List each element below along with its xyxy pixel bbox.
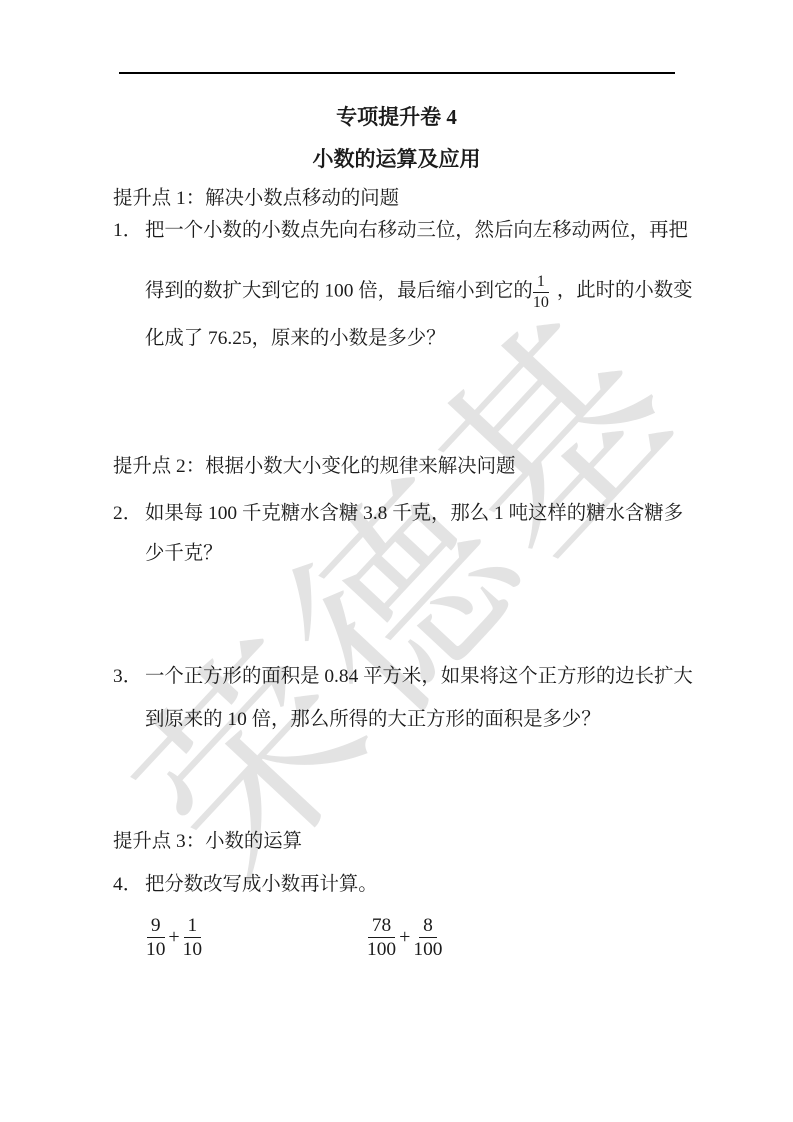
expression-1: 910 + 110: [146, 915, 202, 960]
fraction-8-100: 8100: [413, 915, 442, 960]
problem-4-text-1: 把分数改写成小数再计算。: [145, 874, 378, 895]
section-heading-1: 提升点 1：解决小数点移动的问题: [113, 188, 399, 210]
fraction-one-tenth: 110: [533, 273, 549, 311]
problem-3-text-1: 一个正方形的面积是 0.84 平方米，如果将这个正方形的边长扩大: [145, 666, 693, 687]
page-subtitle: 小数的运算及应用: [0, 147, 793, 171]
problem-3-number: 3．: [113, 666, 145, 688]
problem-1-text-2b: ，此时的小数变: [557, 280, 693, 301]
fraction-denominator: 100: [413, 938, 442, 959]
section-heading-2: 提升点 2：根据小数大小变化的规律来解决问题: [113, 456, 515, 478]
problem-3-line-2: 到原来的 10 倍，那么所得的大正方形的面积是多少？: [145, 709, 601, 731]
fraction-numerator: 8: [419, 915, 437, 938]
problem-1-number: 1．: [113, 220, 145, 242]
problem-4-line-1: 4．把分数改写成小数再计算。: [113, 874, 378, 896]
fraction-numerator: 1: [184, 915, 202, 938]
problem-3-line-1: 3．一个正方形的面积是 0.84 平方米，如果将这个正方形的边长扩大: [113, 666, 693, 688]
fraction-numerator: 78: [368, 915, 395, 938]
page-title: 专项提升卷 4: [0, 105, 793, 129]
section-heading-3: 提升点 3：小数的运算: [113, 831, 302, 853]
plus-operator: +: [168, 926, 179, 949]
fraction-denominator: 10: [183, 938, 202, 959]
problem-1-text-1: 把一个小数的小数点先向右移动三位，然后向左移动两位，再把: [145, 220, 688, 241]
fraction-numerator: 1: [533, 273, 549, 293]
plus-operator: +: [399, 926, 410, 949]
problem-2-text-1: 如果每 100 千克糖水含糖 3.8 千克，那么 1 吨这样的糖水含糖多: [145, 503, 683, 524]
worksheet-page: 荣德基 专项提升卷 4 小数的运算及应用 提升点 1：解决小数点移动的问题 1．…: [0, 0, 793, 1122]
problem-2-line-2: 少千克？: [145, 543, 223, 565]
fraction-78-100: 78100: [367, 915, 396, 960]
problem-1-text-2a: 得到的数扩大到它的 100 倍，最后缩小到它的: [145, 280, 533, 301]
fraction-1-10: 110: [183, 915, 202, 960]
problem-1-line-2: 得到的数扩大到它的 100 倍，最后缩小到它的110，此时的小数变: [145, 273, 693, 311]
fraction-numerator: 9: [147, 915, 165, 938]
expression-2: 78100 + 8100: [367, 915, 442, 960]
problem-1-line-3: 化成了 76.25，原来的小数是多少？: [145, 328, 446, 350]
header-rule: [119, 72, 675, 74]
problem-2-number: 2．: [113, 503, 145, 525]
problem-4-number: 4．: [113, 874, 145, 896]
fraction-9-10: 910: [146, 915, 165, 960]
problem-1-line-1: 1．把一个小数的小数点先向右移动三位，然后向左移动两位，再把: [113, 220, 688, 242]
fraction-denominator: 10: [146, 938, 165, 959]
fraction-denominator: 10: [533, 293, 549, 311]
fraction-denominator: 100: [367, 938, 396, 959]
problem-2-line-1: 2．如果每 100 千克糖水含糖 3.8 千克，那么 1 吨这样的糖水含糖多: [113, 503, 683, 525]
